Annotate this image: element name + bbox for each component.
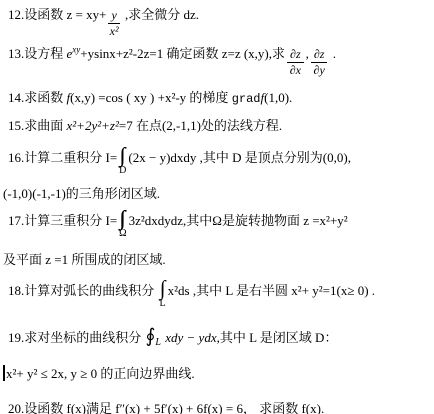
text-run: (-1,0)(-1,-1)的三角形闭区域. [3,186,160,201]
text-run: 14.求函数 [8,90,67,105]
fraction-numerator: y [108,9,119,24]
fraction-denominator: ∂x [290,63,301,77]
text-run: 12.设函数 z = xy+ [8,7,106,22]
superscript-expression: exy [67,46,81,61]
problem-17-continued: 及平面 z =1 所围成的闭区域. [3,252,432,268]
integral-operator: ∫∫D [119,146,126,176]
text-run: 15.求曲面 [8,118,67,133]
text-run: 及平面 z =1 所围成的闭区域. [3,252,166,267]
text-run: (x,y) =cos ( xy ) +x²-y 的梯度 [70,90,232,105]
text-run: 16.计算二重积分 I= [8,150,117,165]
integral-operator: ∫∫∫Ω [119,209,126,239]
fraction-denominator: ∂y [314,63,325,77]
text-run: ,其中 L 是闭区域 D： [217,330,338,345]
fraction-numerator: ∂z [287,48,304,63]
text-run: 17.计算三重积分 I= [8,213,117,228]
problem-15: 15.求曲面 x²+2y²+z²=7 在点(2,-1,1)处的法线方程. [8,118,432,134]
text-run: 13.设方程 [8,46,67,61]
italic-run: xdy − ydx [162,330,217,345]
text-run: x²+ y² ≤ 2x, y ≥ 0 的正向边界曲线. [6,366,195,381]
text-run: 19.求对坐标的曲线积分 [8,330,145,345]
text-cursor [3,365,5,381]
text-run: (1,0). [264,90,292,105]
integral-domain-label: L [155,338,161,348]
problem-12: 12.设函数 z = xy+yx² ,求全微分 dz. [8,7,432,37]
fraction-numerator: ∂z [311,48,328,63]
problem-13: 13.设方程 exy+ysinx+z²-2z=1 确定函数 z=z (x,y),… [8,46,432,76]
fraction-denominator: x² [110,24,119,38]
italic-run: x²+2y²+z² [67,118,119,133]
problem-16: 16.计算二重积分 I=∫∫D(2x − y)dxdy ,其中 D 是顶点分别为… [8,146,432,176]
problem-17: 17.计算三重积分 I=∫∫∫Ω3z²dxdydz,其中Ω是旋转抛物面 z =x… [8,209,432,239]
integral-symbol-icon: ∮ [146,328,156,345]
problem-19: 19.求对坐标的曲线积分 ∮L xdy − ydx,其中 L 是闭区域 D： [8,328,432,346]
integral-operator: ∫L [160,279,166,309]
text-run: 20.设函数 f(x)满足 f″(x) + 5f′(x) + 6f(x) = 6… [8,401,324,414]
problem-20: 20.设函数 f(x)满足 f″(x) + 5f′(x) + 6f(x) = 6… [8,401,432,414]
text-run: 3z²dxdydz,其中Ω是旋转抛物面 z =x²+y² [129,213,348,228]
integral-domain-label: L [160,299,166,309]
problem-14: 14.求函数 f(x,y) =cos ( xy ) +x²-y 的梯度 grad… [8,90,432,107]
mono-run: grad [232,92,261,106]
fraction: yx² [108,9,119,37]
integral-operator: ∮L [146,328,161,345]
text-run: =7 在点(2,-1,1)处的法线方程. [119,118,282,133]
text-run: 18.计算对弧长的曲线积分 [8,283,158,298]
text-run: , [306,46,309,61]
integral-domain-label: Ω [119,229,126,239]
text-run: x²ds ,其中 L 是右半圆 x²+ y²=1(x≥ 0) . [168,283,375,298]
problem-19-continued: x²+ y² ≤ 2x, y ≥ 0 的正向边界曲线. [3,365,432,382]
problem-18: 18.计算对弧长的曲线积分 ∫Lx²ds ,其中 L 是右半圆 x²+ y²=1… [8,279,432,309]
problem-16-continued: (-1,0)(-1,-1)的三角形闭区域. [3,186,432,202]
text-run: +ysinx+z²-2z=1 确定函数 z=z (x,y),求 [80,46,285,61]
document-page[interactable]: 12.设函数 z = xy+yx² ,求全微分 dz.13.设方程 exy+ys… [0,0,434,414]
integral-domain-label: D [119,166,126,176]
fraction: ∂z∂y [311,48,328,76]
integral-symbol-icon: ∫ [160,279,166,299]
text-run: . [329,46,336,61]
fraction: ∂z∂x [287,48,304,76]
text-run: ,求全微分 dz. [122,7,199,22]
text-run: (2x − y)dxdy ,其中 D 是顶点分别为(0,0), [128,150,351,165]
